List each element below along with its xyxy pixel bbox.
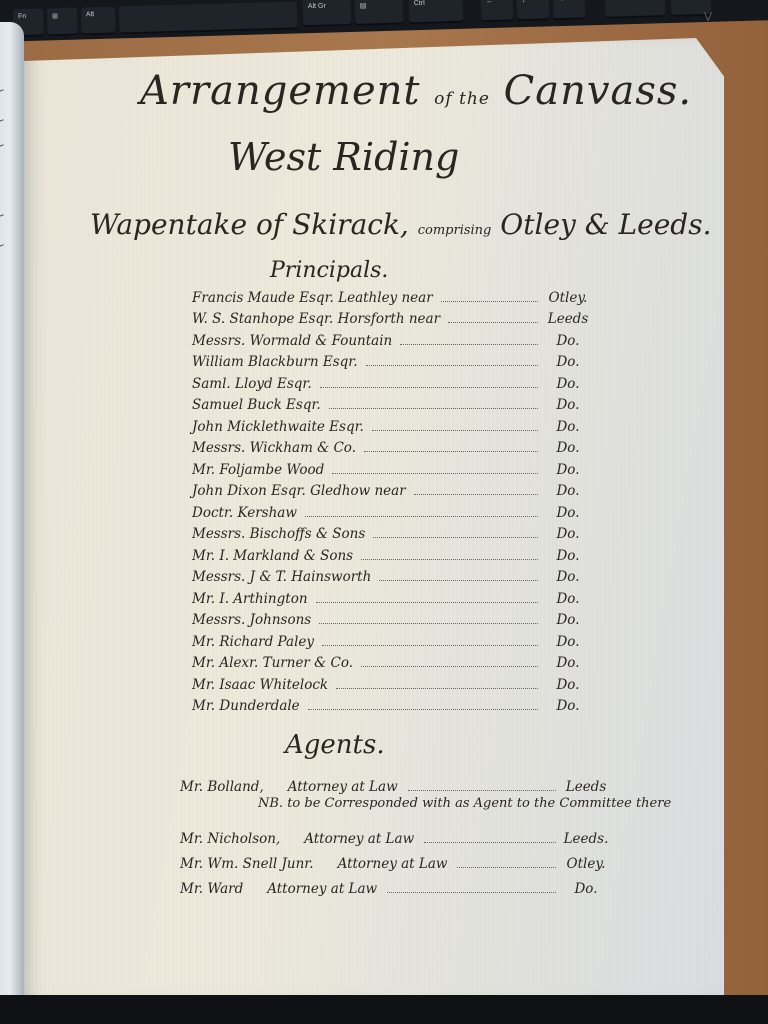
- arrow-down-key: ↓: [517, 0, 550, 21]
- list-item: William Blackburn Esqr.Do.: [192, 349, 592, 371]
- principal-name: Francis Maude Esqr. Leathley near: [192, 290, 437, 306]
- leader-dots: [361, 559, 538, 560]
- district-heading: Wapentake of Skirack, comprising Otley &…: [90, 208, 711, 241]
- agents-heading: Agents.: [285, 730, 385, 760]
- ink-stroke: [0, 214, 4, 220]
- agent-role: Attorney at Law: [247, 881, 383, 897]
- principal-name: W. S. Stanhope Esqr. Horsforth near: [192, 311, 444, 327]
- photo-scene: Fn ⊞ Alt Alt Gr ▤ Ctrl ← ↓ → Insert Dele…: [0, 0, 768, 1024]
- leader-dots: [332, 473, 538, 474]
- leader-dots: [387, 892, 556, 893]
- agent-place: Leeds: [562, 779, 610, 795]
- leader-dots: [448, 322, 538, 323]
- alt-gr-key: Alt Gr: [303, 0, 352, 27]
- menu-key: ▤: [355, 0, 404, 26]
- leader-dots: [361, 666, 538, 667]
- previous-sheet-edge: [0, 22, 24, 1022]
- principal-place: Do.: [544, 655, 592, 671]
- desk-shadow: [0, 995, 768, 1024]
- list-item: Messrs. Wormald & FountainDo.: [192, 327, 592, 349]
- list-item: John Dixon Esqr. Gledhow nearDo.: [192, 478, 592, 500]
- leader-dots: [322, 645, 538, 646]
- district-prefix: Wapentake of: [90, 208, 283, 241]
- principal-name: Samuel Buck Esqr.: [192, 397, 325, 413]
- title-of: of the: [434, 89, 490, 109]
- district-name: Skirack,: [292, 208, 409, 241]
- list-item: Messrs. JohnsonsDo.: [192, 607, 592, 629]
- windows-key: ⊞: [47, 8, 78, 37]
- leader-dots: [424, 842, 556, 843]
- principal-place: Do.: [544, 462, 592, 478]
- list-item: Mr. Wm. Snell Junr.Attorney at LawOtley.: [180, 847, 610, 872]
- principal-place: Do.: [544, 505, 592, 521]
- agent-role: Attorney at Law: [268, 779, 404, 795]
- ink-stroke: [0, 119, 4, 125]
- principal-name: Saml. Lloyd Esqr.: [192, 376, 316, 392]
- principals-heading: Principals.: [270, 258, 388, 283]
- principal-name: Mr. I. Markland & Sons: [192, 548, 357, 564]
- agent-name: Mr. Nicholson,: [180, 831, 284, 847]
- alt-key: Alt: [81, 7, 116, 36]
- principal-place: Do.: [544, 612, 592, 628]
- list-item: Mr. Isaac WhitelockDo.: [192, 671, 592, 693]
- leader-dots: [308, 709, 538, 710]
- principal-name: Messrs. Johnsons: [192, 612, 315, 628]
- document-subtitle: West Riding: [228, 135, 459, 179]
- list-item: Mr. Nicholson,Attorney at LawLeeds.: [180, 822, 610, 847]
- principal-name: Messrs. Bischoffs & Sons: [192, 526, 369, 542]
- leader-dots: [373, 537, 538, 538]
- principal-place: Do.: [544, 634, 592, 650]
- leader-dots: [305, 516, 538, 517]
- keyboard: Fn ⊞ Alt Alt Gr ▤ Ctrl ← ↓ → Insert Dele…: [0, 0, 768, 42]
- list-item: Messrs. Bischoffs & SonsDo.: [192, 521, 592, 543]
- list-item: Mr. I. ArthingtonDo.: [192, 585, 592, 607]
- principal-place: Do.: [544, 569, 592, 585]
- principal-name: Messrs. Wormald & Fountain: [192, 333, 396, 349]
- leader-dots: [320, 387, 538, 388]
- leader-dots: [319, 623, 538, 624]
- principal-name: Mr. I. Arthington: [192, 591, 312, 607]
- principal-place: Do.: [544, 419, 592, 435]
- principal-place: Do.: [544, 440, 592, 456]
- district-towns: Otley & Leeds.: [500, 208, 711, 241]
- ctrl-key: Ctrl: [409, 0, 464, 24]
- principal-name: John Micklethwaite Esqr.: [192, 419, 368, 435]
- principal-name: Mr. Alexr. Turner & Co.: [192, 655, 357, 671]
- list-item: Saml. Lloyd Esqr.Do.: [192, 370, 592, 392]
- space-key: [119, 1, 298, 34]
- agent-place: Otley.: [562, 856, 610, 872]
- principal-name: Mr. Isaac Whitelock: [192, 677, 332, 693]
- leader-dots: [366, 365, 538, 366]
- agent-note: NB. to be Corresponded with as Agent to …: [258, 796, 671, 811]
- principal-name: Messrs. J & T. Hainsworth: [192, 569, 375, 585]
- agent-role: Attorney at Law: [318, 856, 454, 872]
- list-item: Mr. I. Markland & SonsDo.: [192, 542, 592, 564]
- list-item: Doctr. KershawDo.: [192, 499, 592, 521]
- title-end: Canvass.: [504, 68, 692, 114]
- leader-dots: [316, 602, 538, 603]
- list-item: Mr. Richard PaleyDo.: [192, 628, 592, 650]
- leader-dots: [414, 494, 538, 495]
- principal-place: Do.: [544, 548, 592, 564]
- list-item: Samuel Buck Esqr.Do.: [192, 392, 592, 414]
- list-item: Messrs. J & T. HainsworthDo.: [192, 564, 592, 586]
- principal-place: Otley.: [544, 290, 592, 306]
- principals-list: Francis Maude Esqr. Leathley nearOtley. …: [192, 284, 592, 714]
- principal-place: Leeds: [544, 311, 592, 327]
- principal-name: Messrs. Wickham & Co.: [192, 440, 360, 456]
- principal-place: Do.: [544, 376, 592, 392]
- ink-stroke: [0, 89, 4, 95]
- principal-name: Mr. Foljambe Wood: [192, 462, 328, 478]
- principal-place: Do.: [544, 526, 592, 542]
- agent-place: Do.: [562, 881, 610, 897]
- list-item: Mr. DunderdaleDo.: [192, 693, 592, 715]
- leader-dots: [379, 580, 538, 581]
- arrow-left-key: ←: [481, 0, 514, 22]
- leader-dots: [400, 344, 538, 345]
- principal-place: Do.: [544, 677, 592, 693]
- principal-name: Doctr. Kershaw: [192, 505, 301, 521]
- list-item: Mr. WardAttorney at LawDo.: [180, 872, 610, 897]
- ink-stroke: [0, 144, 4, 150]
- principal-place: Do.: [544, 698, 592, 714]
- list-item: Mr. Bolland,Attorney at LawLeeds: [180, 770, 610, 795]
- leader-dots: [329, 408, 538, 409]
- agent-name: Mr. Bolland,: [180, 779, 268, 795]
- ink-stroke: [0, 244, 4, 250]
- principal-place: Do.: [544, 591, 592, 607]
- document-title: Arrangement of the Canvass.: [140, 68, 692, 114]
- leader-dots: [408, 790, 556, 791]
- list-item: John Micklethwaite Esqr.Do.: [192, 413, 592, 435]
- principal-name: Mr. Richard Paley: [192, 634, 318, 650]
- corner-mark: V: [704, 10, 712, 24]
- agent-role: Attorney at Law: [284, 831, 420, 847]
- leader-dots: [372, 430, 538, 431]
- principal-place: Do.: [544, 483, 592, 499]
- principal-name: Mr. Dunderdale: [192, 698, 304, 714]
- leader-dots: [364, 451, 538, 452]
- district-comprising: comprising: [418, 223, 492, 238]
- leader-dots: [457, 867, 556, 868]
- principal-place: Do.: [544, 333, 592, 349]
- principal-name: William Blackburn Esqr.: [192, 354, 362, 370]
- list-item: Messrs. Wickham & Co.Do.: [192, 435, 592, 457]
- insert-key: Insert: [605, 0, 666, 19]
- list-item: Mr. Alexr. Turner & Co.Do.: [192, 650, 592, 672]
- list-item: Mr. Foljambe WoodDo.: [192, 456, 592, 478]
- list-item: W. S. Stanhope Esqr. Horsforth nearLeeds: [192, 306, 592, 328]
- list-item: Francis Maude Esqr. Leathley nearOtley.: [192, 284, 592, 306]
- leader-dots: [336, 688, 538, 689]
- agent-place: Leeds.: [562, 831, 610, 847]
- arrow-right-key: →: [553, 0, 586, 20]
- principal-place: Do.: [544, 354, 592, 370]
- leader-dots: [441, 301, 538, 302]
- principal-place: Do.: [544, 397, 592, 413]
- agent-name: Mr. Ward: [180, 881, 247, 897]
- principal-name: John Dixon Esqr. Gledhow near: [192, 483, 410, 499]
- agent-name: Mr. Wm. Snell Junr.: [180, 856, 318, 872]
- title-main: Arrangement: [140, 68, 420, 114]
- agents-list: Mr. Bolland,Attorney at LawLeeds Mr. Nic…: [180, 770, 610, 897]
